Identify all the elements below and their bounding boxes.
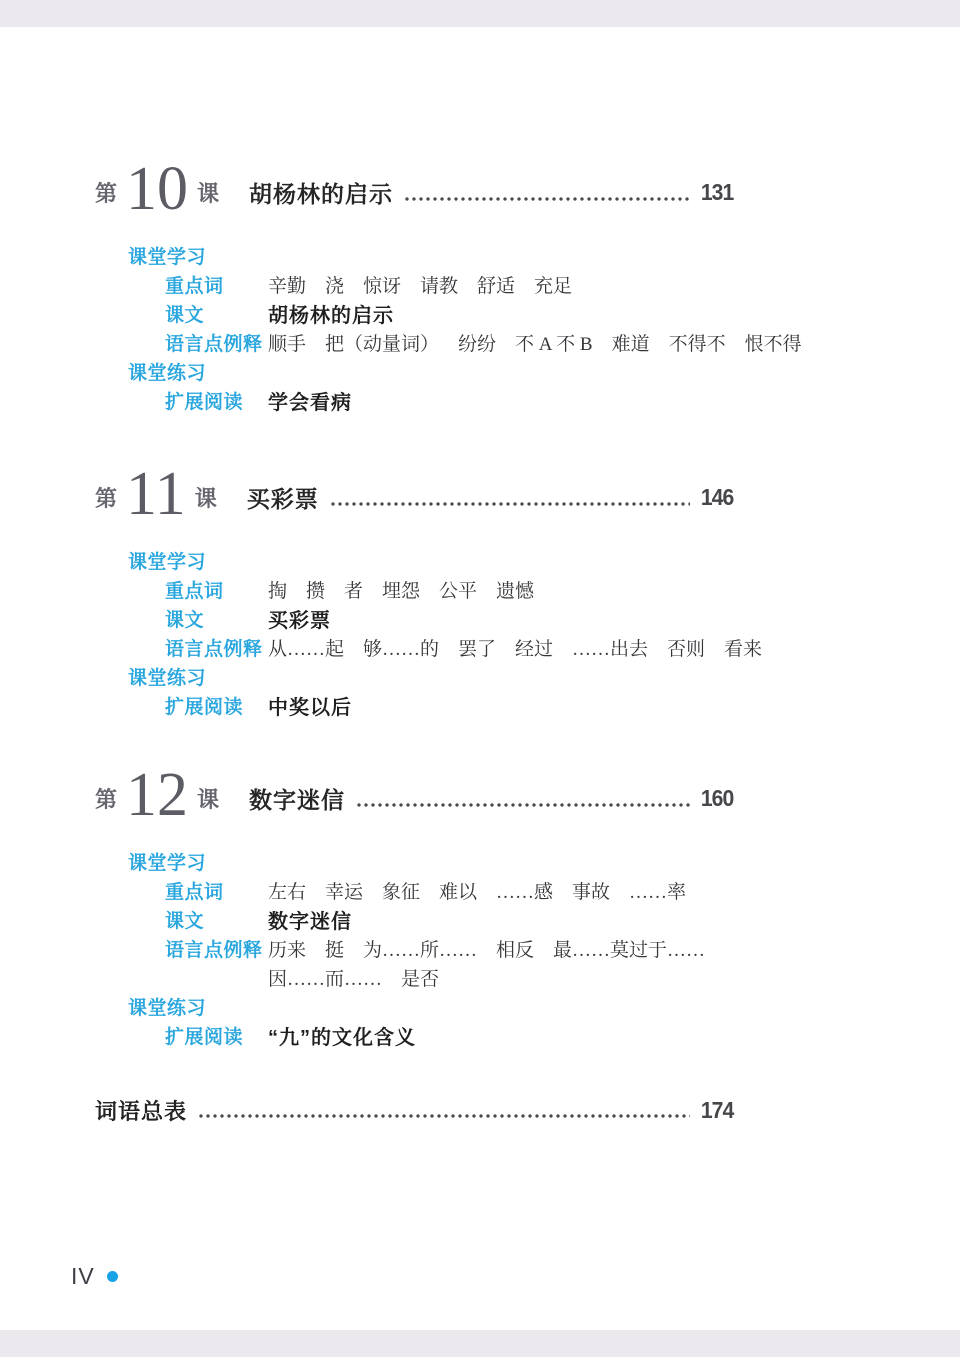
lesson-11-reading-row: 扩展阅读 中奖以后 — [95, 691, 733, 720]
lesson-11-classroom-learning: 课堂学习 — [95, 546, 733, 575]
lesson-11-classroom-practice: 课堂练习 — [95, 662, 733, 691]
folio-dot-icon — [107, 1271, 118, 1282]
lesson-12-keywords-row: 重点词 左右 幸运 象征 难以 ……感 事故 ……率 — [95, 876, 733, 905]
glossary-page-number: 174 — [700, 1097, 733, 1124]
lesson-11-page-number: 146 — [700, 484, 733, 511]
text-title: 胡杨林的启示 — [268, 299, 394, 328]
toc-content: 第 10 课 胡杨林的启示 131 课堂学习 重点词 辛勤 浇 惊讶 请教 舒适… — [0, 0, 960, 1128]
dot-leader — [357, 803, 690, 807]
lesson-10-reading-row: 扩展阅读 学会看病 — [95, 386, 733, 415]
lesson-10-text-row: 课文 胡杨林的启示 — [95, 299, 733, 328]
scan-edge-top — [0, 0, 960, 27]
classroom-learning-label: 课堂学习 — [128, 848, 206, 875]
lesson-12-number: 12 — [126, 764, 188, 826]
keywords-label: 重点词 — [165, 576, 268, 603]
keywords-list: 掏 攒 者 埋怨 公平 遗憾 — [268, 576, 534, 603]
toc-page: 第 10 课 胡杨林的启示 131 课堂学习 重点词 辛勤 浇 惊讶 请教 舒适… — [0, 0, 960, 1357]
lesson-10-header: 第 10 课 胡杨林的启示 131 — [95, 157, 733, 227]
lesson-11-number: 11 — [126, 463, 186, 525]
lesson-12-header: 第 12 课 数字迷信 160 — [95, 763, 733, 833]
lesson-10-classroom-practice: 课堂练习 — [95, 357, 733, 386]
reading-title: 中奖以后 — [268, 691, 352, 720]
language-points-list: 从……起 够……的 罢了 经过 ……出去 否则 看来 — [268, 634, 762, 661]
text-label: 课文 — [165, 300, 268, 327]
language-points-list: 顺手 把（动量词） 纷纷 不 A 不 B 难道 不得不 恨不得 — [268, 329, 802, 356]
lesson-11-text-row: 课文 买彩票 — [95, 604, 733, 633]
lesson-10-title: 胡杨林的启示 — [249, 176, 393, 209]
lesson-suffix: 课 — [197, 783, 219, 814]
dot-leader — [199, 1114, 690, 1118]
lesson-12-language-points-row: 语言点例释 历来 挺 为……所…… 相反 最……莫过于…… — [95, 934, 733, 963]
lesson-10-page-number: 131 — [700, 179, 733, 206]
lesson-11-title: 买彩票 — [247, 481, 319, 514]
language-points-label: 语言点例释 — [165, 634, 268, 661]
lesson-12-classroom-learning: 课堂学习 — [95, 847, 733, 876]
folio-page-number: IV — [71, 1263, 95, 1290]
classroom-learning-label: 课堂学习 — [128, 242, 206, 269]
reading-title: “九”的文化含义 — [268, 1021, 416, 1050]
extended-reading-label: 扩展阅读 — [165, 387, 268, 414]
dot-leader — [405, 197, 690, 201]
lesson-10-classroom-learning: 课堂学习 — [95, 241, 733, 270]
keywords-list: 辛勤 浇 惊讶 请教 舒适 充足 — [268, 271, 572, 298]
text-title: 买彩票 — [268, 604, 331, 633]
lesson-12-language-points-row-2: 因……而…… 是否 — [95, 963, 733, 992]
language-points-label: 语言点例释 — [165, 935, 268, 962]
dot-leader — [331, 502, 690, 506]
lesson-10-language-points-row: 语言点例释 顺手 把（动量词） 纷纷 不 A 不 B 难道 不得不 恨不得 — [95, 328, 733, 357]
lesson-11-header: 第 11 课 买彩票 146 — [95, 462, 733, 532]
classroom-practice-label: 课堂练习 — [128, 358, 206, 385]
lesson-12-reading-row: 扩展阅读 “九”的文化含义 — [95, 1021, 733, 1050]
lesson-suffix: 课 — [197, 177, 219, 208]
lesson-11-language-points-row: 语言点例释 从……起 够……的 罢了 经过 ……出去 否则 看来 — [95, 633, 733, 662]
keywords-label: 重点词 — [165, 877, 268, 904]
lesson-12-title: 数字迷信 — [249, 782, 345, 815]
language-points-list: 历来 挺 为……所…… 相反 最……莫过于…… — [268, 935, 705, 962]
lesson-12-page-number: 160 — [700, 785, 733, 812]
reading-title: 学会看病 — [268, 386, 352, 415]
scan-edge-bottom — [0, 1330, 960, 1357]
keywords-list: 左右 幸运 象征 难以 ……感 事故 ……率 — [268, 877, 686, 904]
glossary-title: 词语总表 — [95, 1095, 187, 1126]
classroom-learning-label: 课堂学习 — [128, 547, 206, 574]
lesson-prefix: 第 — [95, 177, 117, 208]
lesson-11-keywords-row: 重点词 掏 攒 者 埋怨 公平 遗憾 — [95, 575, 733, 604]
text-label: 课文 — [165, 605, 268, 632]
lesson-prefix: 第 — [95, 783, 117, 814]
language-points-label: 语言点例释 — [165, 329, 268, 356]
lesson-prefix: 第 — [95, 482, 117, 513]
classroom-practice-label: 课堂练习 — [128, 993, 206, 1020]
lesson-10-keywords-row: 重点词 辛勤 浇 惊讶 请教 舒适 充足 — [95, 270, 733, 299]
keywords-label: 重点词 — [165, 271, 268, 298]
lesson-12-text-row: 课文 数字迷信 — [95, 905, 733, 934]
lesson-12-classroom-practice: 课堂练习 — [95, 992, 733, 1021]
page-footer: IV — [71, 1263, 118, 1290]
lesson-10-number: 10 — [126, 158, 188, 220]
glossary-row: 词语总表 174 — [95, 1092, 733, 1128]
extended-reading-label: 扩展阅读 — [165, 692, 268, 719]
language-points-list-line2: 因……而…… 是否 — [268, 964, 439, 991]
text-title: 数字迷信 — [268, 905, 352, 934]
extended-reading-label: 扩展阅读 — [165, 1022, 268, 1049]
classroom-practice-label: 课堂练习 — [128, 663, 206, 690]
lesson-suffix: 课 — [195, 482, 217, 513]
text-label: 课文 — [165, 906, 268, 933]
